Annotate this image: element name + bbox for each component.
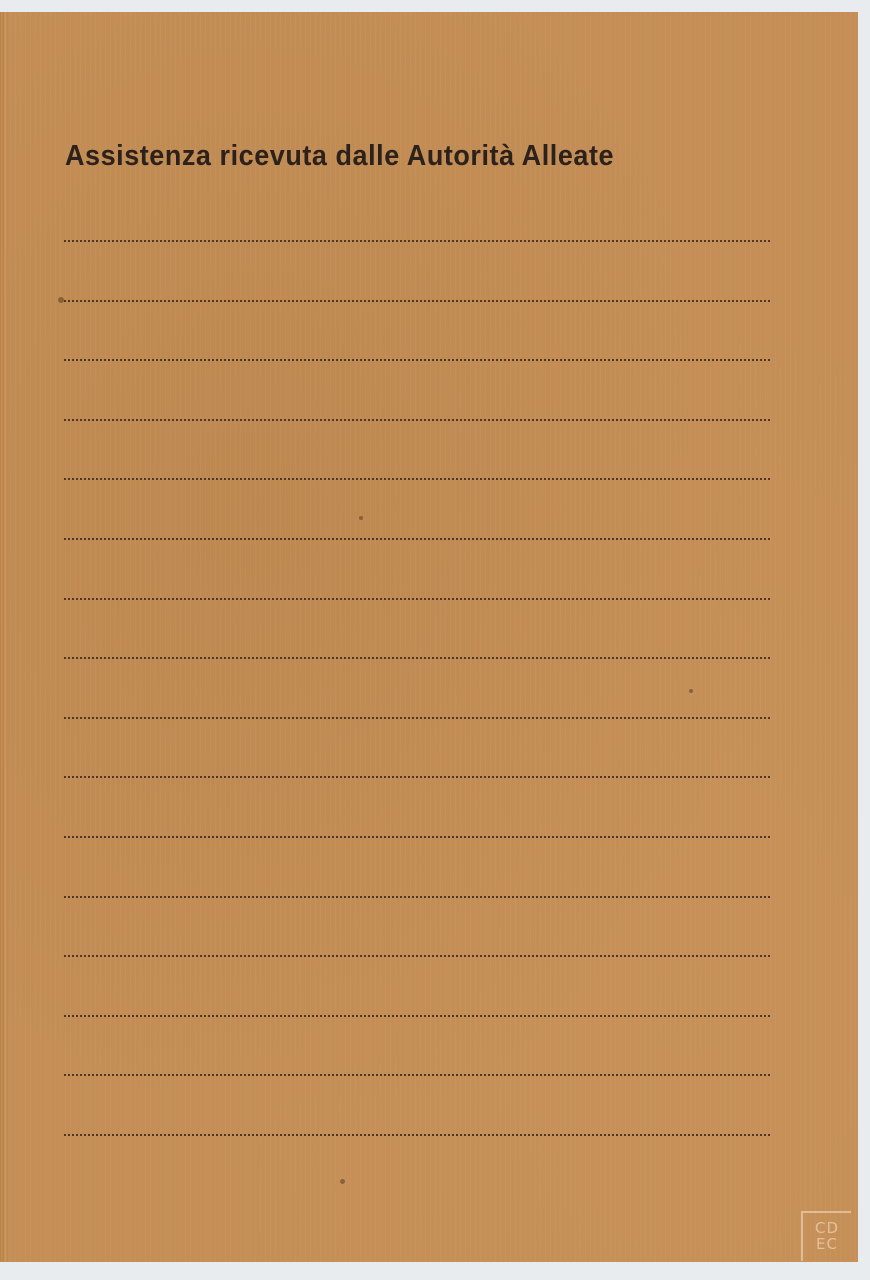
blank-line [64,657,770,659]
blank-line [64,538,770,540]
blank-line [64,1015,770,1017]
blank-line [64,598,770,600]
blank-line [64,776,770,778]
paper-speck [58,297,64,303]
blank-line [64,300,770,302]
blank-line [64,359,770,361]
blank-line [64,1134,770,1136]
blank-line [64,478,770,480]
blank-line [64,896,770,898]
archive-watermark: CD EC [801,1211,851,1261]
paper-speck [359,516,363,520]
watermark-line-2: EC [803,1236,851,1252]
blank-line [64,419,770,421]
blank-line [64,240,770,242]
watermark-line-1: CD [803,1220,851,1236]
blank-line [64,836,770,838]
page-title: Assistenza ricevuta dalle Autorità Allea… [65,140,614,173]
blank-line [64,1074,770,1076]
paper-speck [340,1179,345,1184]
blank-line [64,955,770,957]
document-page: Assistenza ricevuta dalle Autorità Allea… [0,12,858,1262]
blank-line [64,717,770,719]
paper-speck [689,689,693,693]
